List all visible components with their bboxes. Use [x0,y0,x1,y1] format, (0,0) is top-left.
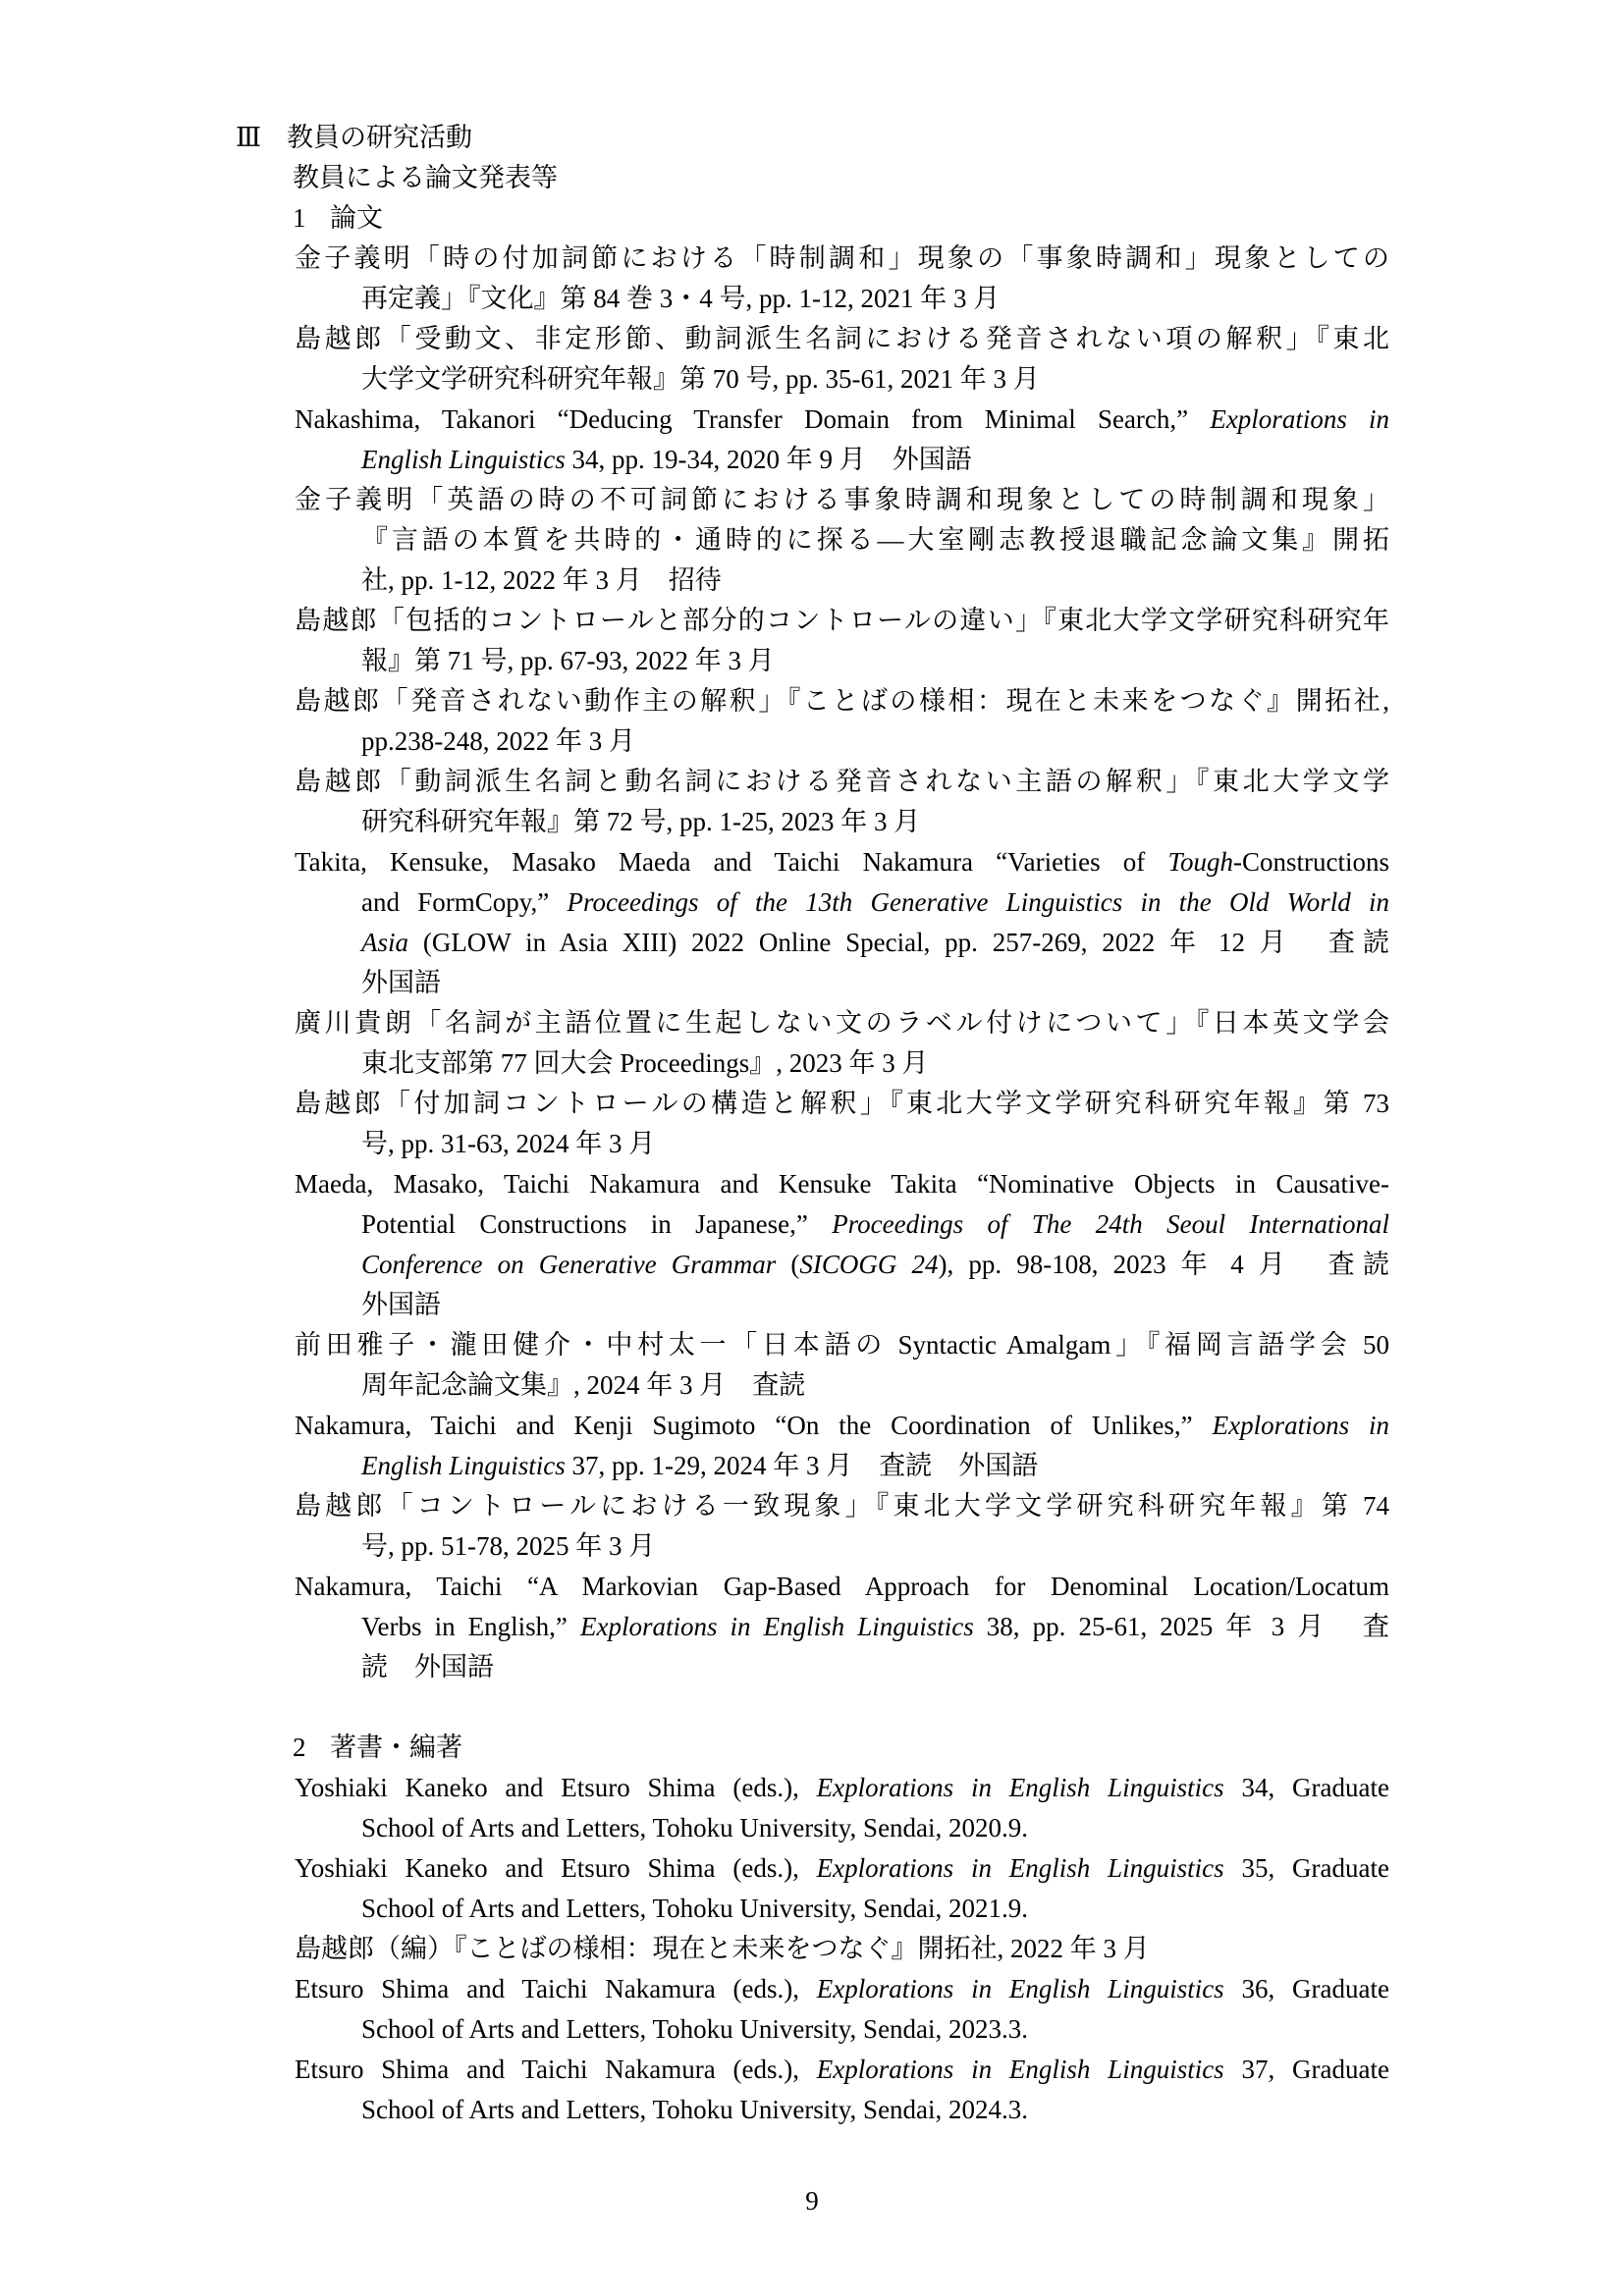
entry-line-first: 島越郎「動詞派生名詞と動名詞における発音されない主語の解釈」『東北大学文学 [295,762,1389,802]
entry-text: School of Arts and Letters, Tohoku Unive… [361,2014,1028,2044]
entry-line-first: 島越郎「包括的コントロールと部分的コントロールの違い」『東北大学文学研究科研究年 [295,601,1389,641]
entry-line-continuation: Potential Constructions in Japanese,” Pr… [295,1204,1389,1245]
entry-text: 島越郎（編）『ことばの様相：現在と未来をつなぐ』開拓社, 2022 年 3 月 [295,1934,1150,1963]
entry-line-first: 前田雅子・瀧田健介・中村太一「日本語の Syntactic Amalgam」『福… [295,1325,1389,1365]
entry-line-first: 廣川貴朗「名詞が主語位置に生起しない文のラベル付けについて」『日本英文学会 [295,1003,1389,1043]
entry-text: Maeda, Masako, Taichi Nakamura and Kensu… [295,1169,1389,1199]
entry-text: 研究科研究年報』第 72 号, pp. 1-25, 2023 年 3 月 [361,807,920,836]
entry-text: 再定義」『文化』第 84 巻 3・4 号, pp. 1-12, 2021 年 3… [361,284,1000,313]
italic-title-text: Conference on Generative Grammar [361,1250,776,1279]
entry-text: 38, pp. 25-61, 2025 年 3 月 査 [974,1612,1389,1641]
entry-line-first: Nakashima, Takanori “Deducing Transfer D… [295,400,1389,440]
bibliography-entry: 金子義明「英語の時の不可詞節における事象時調和現象としての時制調和現象」『言語の… [295,480,1389,601]
entry-text: 外国語 [361,1290,441,1319]
entry-text: School of Arts and Letters, Tohoku Unive… [361,1813,1028,1842]
entry-text: and FormCopy,” [361,887,568,917]
bibliography-entry: Nakamura, Taichi “A Markovian Gap-Based … [295,1567,1389,1687]
entry-line-continuation: 社, pp. 1-12, 2022 年 3 月 招待 [295,561,1389,601]
entry-line-continuation: 再定義」『文化』第 84 巻 3・4 号, pp. 1-12, 2021 年 3… [295,279,1389,319]
section-number: 2 [293,1728,330,1768]
page-number: 9 [0,2181,1624,2221]
bibliography-entry: 島越郎「コントロールにおける一致現象」『東北大学文学研究科研究年報』第 74号,… [295,1486,1389,1567]
entry-line-first: 島越郎「発音されない動作主の解釈」『ことばの様相：現在と未来をつなぐ』開拓社, [295,681,1389,721]
entry-text: 35, Graduate [1224,1853,1389,1883]
section-number: 1 [293,198,330,239]
entry-text: 37, pp. 1-29, 2024 年 3 月 査読 外国語 [566,1451,1039,1480]
entry-text: 島越郎「発音されない動作主の解釈」『ことばの様相：現在と未来をつなぐ』開拓社, [295,686,1389,716]
entry-text: 東北支部第 77 回大会 Proceedings』, 2023 年 3 月 [361,1048,928,1078]
entry-text: 金子義明「時の付加詞節における「時制調和」現象の「事象時調和」現象としての [295,243,1389,273]
section-title: 著書・編著 [330,1733,462,1762]
bibliography-entry: 島越郎「動詞派生名詞と動名詞における発音されない主語の解釈」『東北大学文学研究科… [295,762,1389,842]
italic-title-text: Explorations in English Linguistics [817,2055,1224,2084]
entry-text: 金子義明「英語の時の不可詞節における事象時調和現象としての時制調和現象」 [295,485,1389,514]
entry-text: 号, pp. 51-78, 2025 年 3 月 [361,1531,655,1561]
bibliography-entry: Yoshiaki Kaneko and Etsuro Shima (eds.),… [295,1768,1389,1848]
entry-text: 社, pp. 1-12, 2022 年 3 月 招待 [361,565,722,595]
bibliography-entry: Takita, Kensuke, Masako Maeda and Taichi… [295,842,1389,1003]
entry-text: Potential Constructions in Japanese,” [361,1209,832,1239]
entry-line-continuation: 東北支部第 77 回大会 Proceedings』, 2023 年 3 月 [295,1043,1389,1084]
entry-line-first: 島越郎（編）『ことばの様相：現在と未来をつなぐ』開拓社, 2022 年 3 月 [295,1929,1389,1969]
italic-title-text: Asia [361,928,408,957]
italic-title-text: English Linguistics [361,1451,566,1480]
entry-line-first: Etsuro Shima and Taichi Nakamura (eds.),… [295,2050,1389,2090]
italic-title-text: English Linguistics [361,445,566,474]
entry-text: 読 外国語 [361,1652,494,1682]
entry-line-continuation: 読 外国語 [295,1647,1389,1687]
entry-text: (GLOW in Asia XIII) 2022 Online Special,… [408,928,1389,957]
entry-text: 34, pp. 19-34, 2020 年 9 月 外国語 [566,445,972,474]
italic-title-text: Explorations in [1213,1411,1389,1440]
chapter-number: Ⅲ [236,118,287,158]
entry-line-first: Yoshiaki Kaneko and Etsuro Shima (eds.),… [295,1768,1389,1808]
entry-line-continuation: 外国語 [295,963,1389,1003]
section-spacer [236,1687,1394,1728]
sections-container: 1論文金子義明「時の付加詞節における「時制調和」現象の「事象時調和」現象としての… [236,198,1394,2130]
entry-line-continuation: 号, pp. 31-63, 2024 年 3 月 [295,1124,1389,1164]
entry-text: 『言語の本質を共時的・通時的に探る―大室剛志教授退職記念論文集』開拓 [361,525,1389,555]
entry-text: 36, Graduate [1224,1974,1389,2003]
entry-text: Takita, Kensuke, Masako Maeda and Taichi… [295,847,1167,877]
entry-line-continuation: English Linguistics 34, pp. 19-34, 2020 … [295,440,1389,480]
chapter-title: 教員の研究活動 [287,123,472,152]
entry-line-continuation: pp.238-248, 2022 年 3 月 [295,721,1389,762]
entry-text: 報』第 71 号, pp. 67-93, 2022 年 3 月 [361,646,775,675]
entry-line-continuation: 号, pp. 51-78, 2025 年 3 月 [295,1526,1389,1567]
entry-text: 外国語 [361,968,441,997]
entry-line-continuation: Conference on Generative Grammar (SICOGG… [295,1245,1389,1285]
chapter-heading: Ⅲ教員の研究活動 [236,118,1394,158]
entry-text: Yoshiaki Kaneko and Etsuro Shima (eds.), [295,1853,817,1883]
entry-line-continuation: English Linguistics 37, pp. 1-29, 2024 年… [295,1446,1389,1486]
entry-line-first: Takita, Kensuke, Masako Maeda and Taichi… [295,842,1389,882]
entry-line-first: 島越郎「受動文、非定形節、動詞派生名詞における発音されない項の解釈」『東北 [295,319,1389,359]
bibliography-entry: 島越郎（編）『ことばの様相：現在と未来をつなぐ』開拓社, 2022 年 3 月 [295,1929,1389,1969]
document-page: Ⅲ教員の研究活動 教員による論文発表等 1論文金子義明「時の付加詞節における「時… [0,0,1624,2296]
entry-text: Nakamura, Taichi and Kenji Sugimoto “On … [295,1411,1213,1440]
entry-text: 大学文学研究科研究年報』第 70 号, pp. 35-61, 2021 年 3 … [361,364,1040,394]
entry-line-continuation: School of Arts and Letters, Tohoku Unive… [295,2090,1389,2130]
entry-text: ( [776,1250,799,1279]
italic-title-text: Tough [1167,847,1233,877]
entry-line-first: 島越郎「付加詞コントロールの構造と解釈」『東北大学文学研究科研究年報』第 73 [295,1084,1389,1124]
entry-line-first: Maeda, Masako, Taichi Nakamura and Kensu… [295,1164,1389,1204]
entry-text: 号, pp. 31-63, 2024 年 3 月 [361,1129,655,1158]
entry-line-first: Nakamura, Taichi and Kenji Sugimoto “On … [295,1406,1389,1446]
italic-title-text: Proceedings of The 24th Seoul Internatio… [832,1209,1389,1239]
entry-text: 島越郎「動詞派生名詞と動名詞における発音されない主語の解釈」『東北大学文学 [295,767,1389,796]
bibliography-entry: 前田雅子・瀧田健介・中村太一「日本語の Syntactic Amalgam」『福… [295,1325,1389,1406]
entry-text: ), pp. 98-108, 2023 年 4 月 査読 [939,1250,1389,1279]
entry-text: Yoshiaki Kaneko and Etsuro Shima (eds.), [295,1773,817,1802]
entry-line-continuation: 報』第 71 号, pp. 67-93, 2022 年 3 月 [295,641,1389,681]
entry-text: Etsuro Shima and Taichi Nakamura (eds.), [295,1974,817,2003]
entry-line-continuation: 研究科研究年報』第 72 号, pp. 1-25, 2023 年 3 月 [295,802,1389,842]
entry-line-continuation: School of Arts and Letters, Tohoku Unive… [295,1889,1389,1929]
entry-text: pp.238-248, 2022 年 3 月 [361,726,635,756]
entry-text: Nakamura, Taichi “A Markovian Gap-Based … [295,1572,1389,1601]
content-block: Ⅲ教員の研究活動 教員による論文発表等 1論文金子義明「時の付加詞節における「時… [236,118,1394,2130]
entry-text: 34, Graduate [1224,1773,1389,1802]
entry-line-first: Nakamura, Taichi “A Markovian Gap-Based … [295,1567,1389,1607]
entry-text: School of Arts and Letters, Tohoku Unive… [361,2095,1028,2124]
italic-title-text: Explorations in English Linguistics [580,1612,974,1641]
entry-text: 島越郎「コントロールにおける一致現象」『東北大学文学研究科研究年報』第 74 [295,1491,1389,1521]
bibliography-entry: Yoshiaki Kaneko and Etsuro Shima (eds.),… [295,1848,1389,1929]
entry-text: 周年記念論文集』, 2024 年 3 月 査読 [361,1370,805,1400]
entry-text: 島越郎「包括的コントロールと部分的コントロールの違い」『東北大学文学研究科研究年 [295,606,1389,635]
entry-text: Nakashima, Takanori “Deducing Transfer D… [295,404,1210,434]
entry-text: School of Arts and Letters, Tohoku Unive… [361,1894,1028,1923]
section-title: 論文 [330,203,383,233]
entry-line-first: 金子義明「時の付加詞節における「時制調和」現象の「事象時調和」現象としての [295,239,1389,279]
bibliography-entry: 島越郎「包括的コントロールと部分的コントロールの違い」『東北大学文学研究科研究年… [295,601,1389,681]
entry-line-continuation: 大学文学研究科研究年報』第 70 号, pp. 35-61, 2021 年 3 … [295,359,1389,400]
bibliography-entry: 島越郎「受動文、非定形節、動詞派生名詞における発音されない項の解釈」『東北大学文… [295,319,1389,400]
entry-line-first: Yoshiaki Kaneko and Etsuro Shima (eds.),… [295,1848,1389,1889]
bibliography-entry: 廣川貴朗「名詞が主語位置に生起しない文のラベル付けについて」『日本英文学会東北支… [295,1003,1389,1084]
entry-line-continuation: 外国語 [295,1285,1389,1325]
subheading: 教員による論文発表等 [236,158,1394,198]
bibliography-entry: Nakamura, Taichi and Kenji Sugimoto “On … [295,1406,1389,1486]
entry-line-first: 島越郎「コントロールにおける一致現象」『東北大学文学研究科研究年報』第 74 [295,1486,1389,1526]
italic-title-text: Explorations in English Linguistics [817,1773,1224,1802]
bibliography-entry: 島越郎「発音されない動作主の解釈」『ことばの様相：現在と未来をつなぐ』開拓社,p… [295,681,1389,762]
italic-title-text: Proceedings of the 13th Generative Lingu… [568,887,1390,917]
bibliography-entry: Etsuro Shima and Taichi Nakamura (eds.),… [295,1969,1389,2050]
entry-line-continuation: 周年記念論文集』, 2024 年 3 月 査読 [295,1365,1389,1406]
entry-line-continuation: School of Arts and Letters, Tohoku Unive… [295,2009,1389,2050]
entry-line-continuation: 『言語の本質を共時的・通時的に探る―大室剛志教授退職記念論文集』開拓 [295,520,1389,561]
entry-line-first: Etsuro Shima and Taichi Nakamura (eds.),… [295,1969,1389,2009]
entry-line-first: 金子義明「英語の時の不可詞節における事象時調和現象としての時制調和現象」 [295,480,1389,520]
italic-title-text: Explorations in English Linguistics [817,1853,1224,1883]
bibliography-entry: 金子義明「時の付加詞節における「時制調和」現象の「事象時調和」現象としての再定義… [295,239,1389,319]
entry-text: 島越郎「付加詞コントロールの構造と解釈」『東北大学文学研究科研究年報』第 73 [295,1089,1389,1118]
entry-line-continuation: School of Arts and Letters, Tohoku Unive… [295,1808,1389,1848]
italic-title-text: SICOGG 24 [799,1250,938,1279]
italic-title-text: Explorations in [1210,404,1389,434]
entry-text: 前田雅子・瀧田健介・中村太一「日本語の Syntactic Amalgam」『福… [295,1330,1389,1360]
bibliography-entry: 島越郎「付加詞コントロールの構造と解釈」『東北大学文学研究科研究年報』第 73号… [295,1084,1389,1164]
entry-text: 37, Graduate [1224,2055,1389,2084]
entry-text: Etsuro Shima and Taichi Nakamura (eds.), [295,2055,817,2084]
entry-line-continuation: Asia (GLOW in Asia XIII) 2022 Online Spe… [295,923,1389,963]
section-heading: 1論文 [236,198,1394,239]
bibliography-entry: Nakashima, Takanori “Deducing Transfer D… [295,400,1389,480]
italic-title-text: Explorations in English Linguistics [817,1974,1224,2003]
section-heading: 2著書・編著 [236,1728,1394,1768]
entry-line-continuation: Verbs in English,” Explorations in Engli… [295,1607,1389,1647]
entry-text: 廣川貴朗「名詞が主語位置に生起しない文のラベル付けについて」『日本英文学会 [295,1008,1389,1038]
entry-text: 島越郎「受動文、非定形節、動詞派生名詞における発音されない項の解釈」『東北 [295,324,1389,353]
entry-text: Verbs in English,” [361,1612,580,1641]
bibliography-entry: Etsuro Shima and Taichi Nakamura (eds.),… [295,2050,1389,2130]
entry-line-continuation: and FormCopy,” Proceedings of the 13th G… [295,882,1389,923]
entry-text: -Constructions [1233,847,1389,877]
bibliography-entry: Maeda, Masako, Taichi Nakamura and Kensu… [295,1164,1389,1325]
